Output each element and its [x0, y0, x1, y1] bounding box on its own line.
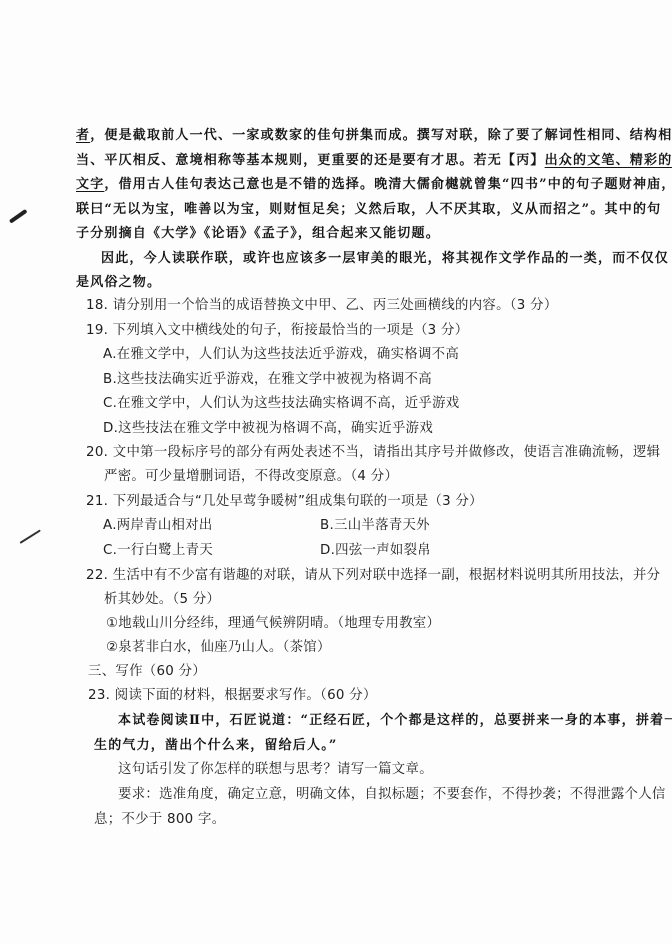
- question-21: 21. 下列最适合与“几处早莺争暖树”组成集句联的一项是（3 分）: [86, 492, 483, 512]
- passage-line: 子分别摘自《大学》《论语》《孟子》，组合起来又能切题。: [76, 224, 440, 244]
- margin-pen-mark: [19, 529, 40, 543]
- writing-material: 本试卷阅读Ⅱ中，石匠说道：“正经石匠，个个都是这样的，总要拼来一身的本事，拼着一: [118, 711, 672, 731]
- passage-text: ，便是截取前人一代、一家或数家的佳句拼集而成。撰写对联，除了要了解词性相同、结构…: [90, 128, 672, 143]
- option-d: D.四弦一声如裂帛: [320, 541, 431, 561]
- margin-pen-mark: [9, 209, 28, 224]
- passage-text: ，借用古人佳句表达己意也是不错的选择。晚清大儒俞樾就曾集“四书”中的句子题财神庙…: [104, 177, 672, 192]
- question-20-cont: 严密。可少量增删词语，不得改变原意。（4 分）: [104, 467, 398, 487]
- question-23: 23. 阅读下面的材料，根据要求写作。（60 分）: [88, 686, 377, 706]
- writing-prompt: 这句话引发了你怎样的联想与思考？请写一篇文章。: [118, 760, 433, 780]
- option-b: B.三山半落青天外: [320, 516, 430, 536]
- passage-text: 当、平仄相反、意境相称等基本规则，更重要的还是要有才思。若无【丙】: [76, 153, 545, 168]
- passage-line: 者，便是截取前人一代、一家或数家的佳句拼集而成。撰写对联，除了要了解词性相同、结…: [76, 126, 672, 146]
- underlined-text-bing: 文字: [76, 177, 104, 192]
- question-22: 22. 生活中有不少富有谐趣的对联，请从下列对联中选择一副，根据材料说明其所用技…: [86, 566, 660, 586]
- option-a: A.两岸青山相对出: [103, 516, 213, 536]
- passage-line: 是风俗之物。: [76, 273, 161, 293]
- underlined-text-bing: 出众的文笔、精彩的: [545, 153, 672, 168]
- passage-line: 联曰“无以为宝，唯善以为宝，则财恒足矣；义然后取，人不厌其取，义从而招之”。其中…: [76, 200, 661, 220]
- option-c: C.在雅文学中，人们认为这些技法确实格调不高，近乎游戏: [103, 394, 459, 414]
- section-heading-writing: 三、写作（60 分）: [88, 662, 206, 682]
- exam-page: 者，便是截取前人一代、一家或数家的佳句拼集而成。撰写对联，除了要了解词性相同、结…: [0, 0, 672, 944]
- question-18: 18. 请分别用一个恰当的成语替换文中甲、乙、丙三处画横线的内容。（3 分）: [86, 296, 558, 316]
- option-a: A.在雅文学中，人们认为这些技法近乎游戏，确实格调不高: [103, 345, 459, 365]
- question-19: 19. 下列填入文中横线处的句子，衔接最恰当的一项是（3 分）: [86, 321, 468, 341]
- passage-text: 者: [76, 128, 90, 143]
- couplet-1: ①地载山川分经纬，理通气候辨阴晴。（地理专用教室）: [106, 614, 440, 634]
- couplet-2: ②泉茗非白水，仙座乃山人。（茶馆）: [106, 638, 331, 658]
- option-b: B.这些技法确实近乎游戏，在雅文学中被视为格调不高: [103, 370, 432, 390]
- option-c: C.一行白鹭上青天: [103, 541, 213, 561]
- writing-requirements-cont: 息；不少于 800 字。: [94, 810, 225, 830]
- option-d: D.这些技法在雅文学中被视为格调不高，确实近乎游戏: [103, 419, 433, 439]
- passage-line: 因此，今人读联作联，或许也应该多一层审美的眼光，将其视作文学作品的一类，而不仅仅: [101, 249, 669, 269]
- writing-material-cont: 生的气力，凿出个什么来，留给后人。”: [94, 736, 338, 756]
- writing-requirements: 要求：选准角度，确定立意，明确文体，自拟标题；不要套作，不得抄袭；不得泄露个人信: [118, 785, 666, 805]
- passage-line: 当、平仄相反、意境相称等基本规则，更重要的还是要有才思。若无【丙】出众的文笔、精…: [76, 151, 672, 171]
- passage-line: 文字，借用古人佳句表达己意也是不错的选择。晚清大儒俞樾就曾集“四书”中的句子题财…: [76, 175, 672, 195]
- question-20: 20. 文中第一段标序号的部分有两处表述不当，请指出其序号并做修改，使语言准确流…: [86, 443, 660, 463]
- question-22-cont: 析其妙处。（5 分）: [104, 590, 220, 610]
